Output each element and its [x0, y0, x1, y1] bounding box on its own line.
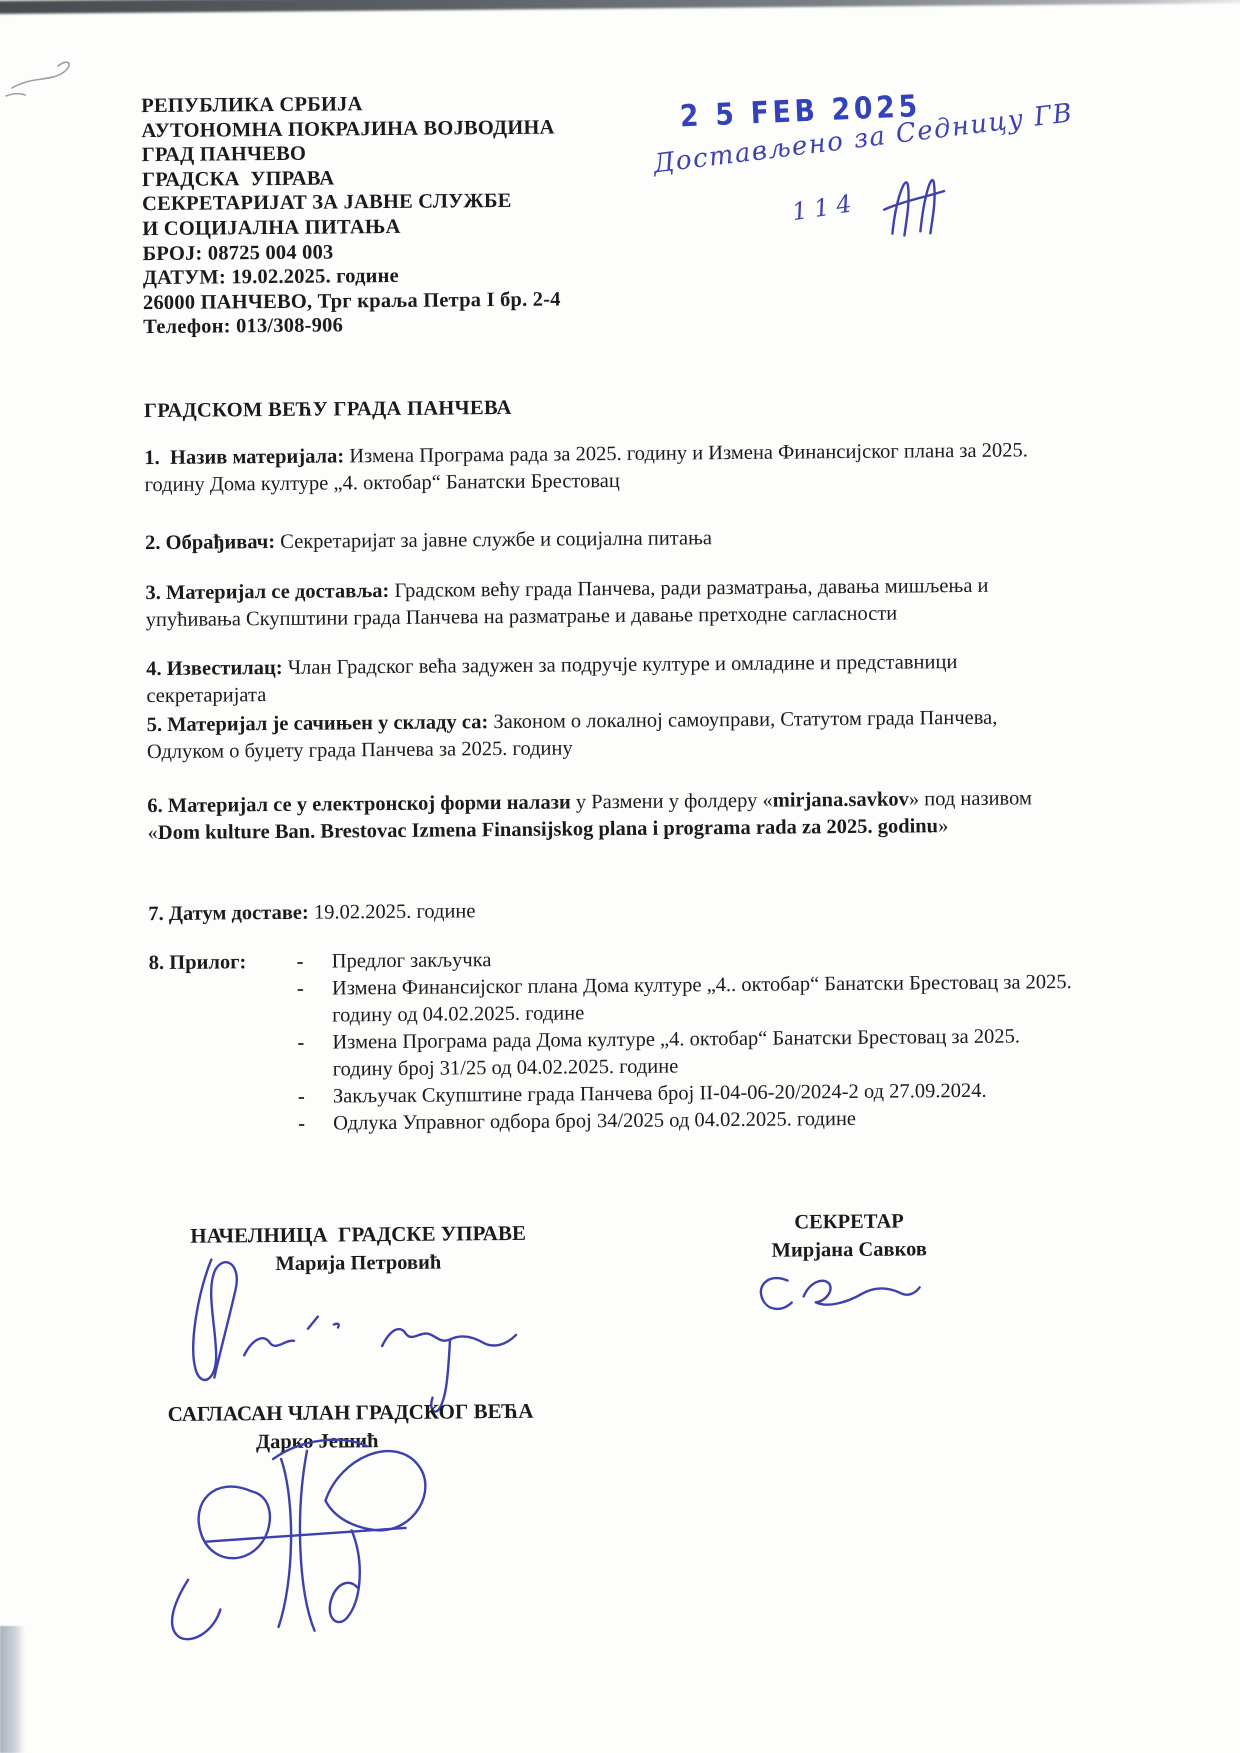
- attachment-item: Измена Финансијског плана Дома културе „…: [297, 969, 1075, 1030]
- item-label: 7. Датум доставе:: [148, 902, 309, 925]
- letterhead-line: РЕПУБЛИКА СРБИЈА: [141, 91, 559, 119]
- recipient-heading: ГРАДСКОМ ВЕЋУ ГРАДА ПАНЧЕВА: [144, 397, 512, 423]
- attachment-text: Измена Програма рада Дома културе „4. ок…: [332, 1023, 1075, 1083]
- letterhead-line: АУТОНОМНА ПОКРАЈИНА ВОЈВОДИНА: [141, 115, 559, 143]
- letterhead-line: ГРАДСКА УПРАВА: [142, 164, 560, 192]
- letterhead-line: 26000 ПАНЧЕВО, Трг краља Петра I бр. 2-4: [143, 287, 561, 315]
- signature-title: САГЛАСАН ЧЛАН ГРАДСКОГ ВЕЋА: [168, 1399, 534, 1427]
- letterhead-line: Телефон: 013/308-906: [143, 312, 561, 340]
- attachment-text: Одлука Управног одбора број 34/2025 од 0…: [333, 1106, 856, 1138]
- folder-name: mirjana.savkov: [773, 788, 909, 811]
- item-label: 8. Прилог:: [149, 949, 299, 1139]
- handwritten-initials-paraph: [862, 157, 955, 244]
- attachment-text: Закључак Скупштине града Панчева број II…: [333, 1078, 987, 1111]
- item-label: 2. Обрађивач:: [145, 531, 275, 554]
- item-naziv-materijala: 1. Назив материјала: Измена Програма рад…: [144, 437, 1074, 499]
- letterhead-line: СЕКРЕТАРИЈАТ ЗА ЈАВНЕ СЛУЖБЕ: [142, 189, 560, 217]
- document-content: РЕПУБЛИКА СРБИЈА АУТОНОМНА ПОКРАЈИНА ВОЈ…: [0, 0, 1240, 1753]
- item-dostavlja: 3. Материјал се доставља: Градском већу …: [145, 572, 1075, 634]
- attachment-text: Измена Финансијског плана Дома културе „…: [332, 969, 1075, 1029]
- item-text: »: [938, 815, 948, 837]
- item-label: 1. Назив материјала:: [144, 445, 344, 469]
- letterhead: РЕПУБЛИКА СРБИЈА АУТОНОМНА ПОКРАЈИНА ВОЈ…: [141, 91, 561, 341]
- item-datum-dostave: 7. Датум доставе: 19.02.2025. године: [148, 893, 1078, 928]
- signature-darko-jesic: [155, 1429, 492, 1647]
- item-obradjivac: 2. Обрађивач: Секретаријат за јавне служ…: [145, 522, 1075, 557]
- signature-marija-petrovic: [181, 1247, 552, 1420]
- document-file-name: Dom kulture Ban. Brestovac Izmena Finans…: [158, 815, 938, 844]
- signature-mirjana-savkov: [751, 1265, 927, 1329]
- item-usklad: 5. Материјал је сачињен у складу са: Зак…: [147, 704, 1077, 766]
- item-label: 4. Известилац:: [146, 657, 283, 680]
- signature-title: НАЧЕЛНИЦА ГРАДСКЕ УПРАВЕ: [163, 1221, 553, 1249]
- letterhead-line: БРОЈ: 08725 004 003: [142, 238, 560, 266]
- item-prilog: 8. Прилог: Предлог закључка Измена Финан…: [149, 942, 1081, 1139]
- signature-block-sekretar: СЕКРЕТАР Мирјана Савков: [743, 1210, 955, 1263]
- attachment-list: Предлог закључка Измена Финансијског пла…: [297, 942, 1077, 1138]
- item-text: 19.02.2025. године: [314, 900, 476, 923]
- scanned-document-page: РЕПУБЛИКА СРБИЈА АУТОНОМНА ПОКРАЈИНА ВОЈ…: [0, 0, 1240, 1753]
- item-label: 6. Материјал се у електронској форми нал…: [147, 791, 571, 817]
- handwritten-note-line2: 114: [790, 189, 860, 227]
- attachment-text: Предлог закључка: [332, 947, 492, 975]
- item-eforma: 6. Материјал се у електронској форми нал…: [147, 785, 1077, 847]
- signature-name: Мирјана Савков: [743, 1238, 955, 1263]
- letterhead-line: ГРАД ПАНЧЕВО: [142, 140, 560, 168]
- letterhead-line: ДАТУМ: 19.02.2025. године: [143, 263, 561, 291]
- signature-title: СЕКРЕТАР: [743, 1210, 955, 1235]
- item-izvestilac: 4. Известилац: Члан Градског већа задуже…: [146, 648, 1076, 710]
- item-text: Секретаријат за јавне службе и социјална…: [280, 527, 712, 553]
- attachment-item: Измена Програма рада Дома културе „4. ок…: [297, 1023, 1075, 1084]
- item-text: у Размени у фолдеру «: [576, 790, 773, 814]
- attachment-item: Одлука Управног одбора број 34/2025 од 0…: [298, 1104, 1076, 1138]
- item-label: 5. Материјал је сачињен у складу са:: [147, 711, 489, 736]
- item-label: 3. Материјал се доставља:: [145, 580, 389, 604]
- letterhead-line: И СОЦИЈАЛНА ПИТАЊА: [142, 213, 560, 241]
